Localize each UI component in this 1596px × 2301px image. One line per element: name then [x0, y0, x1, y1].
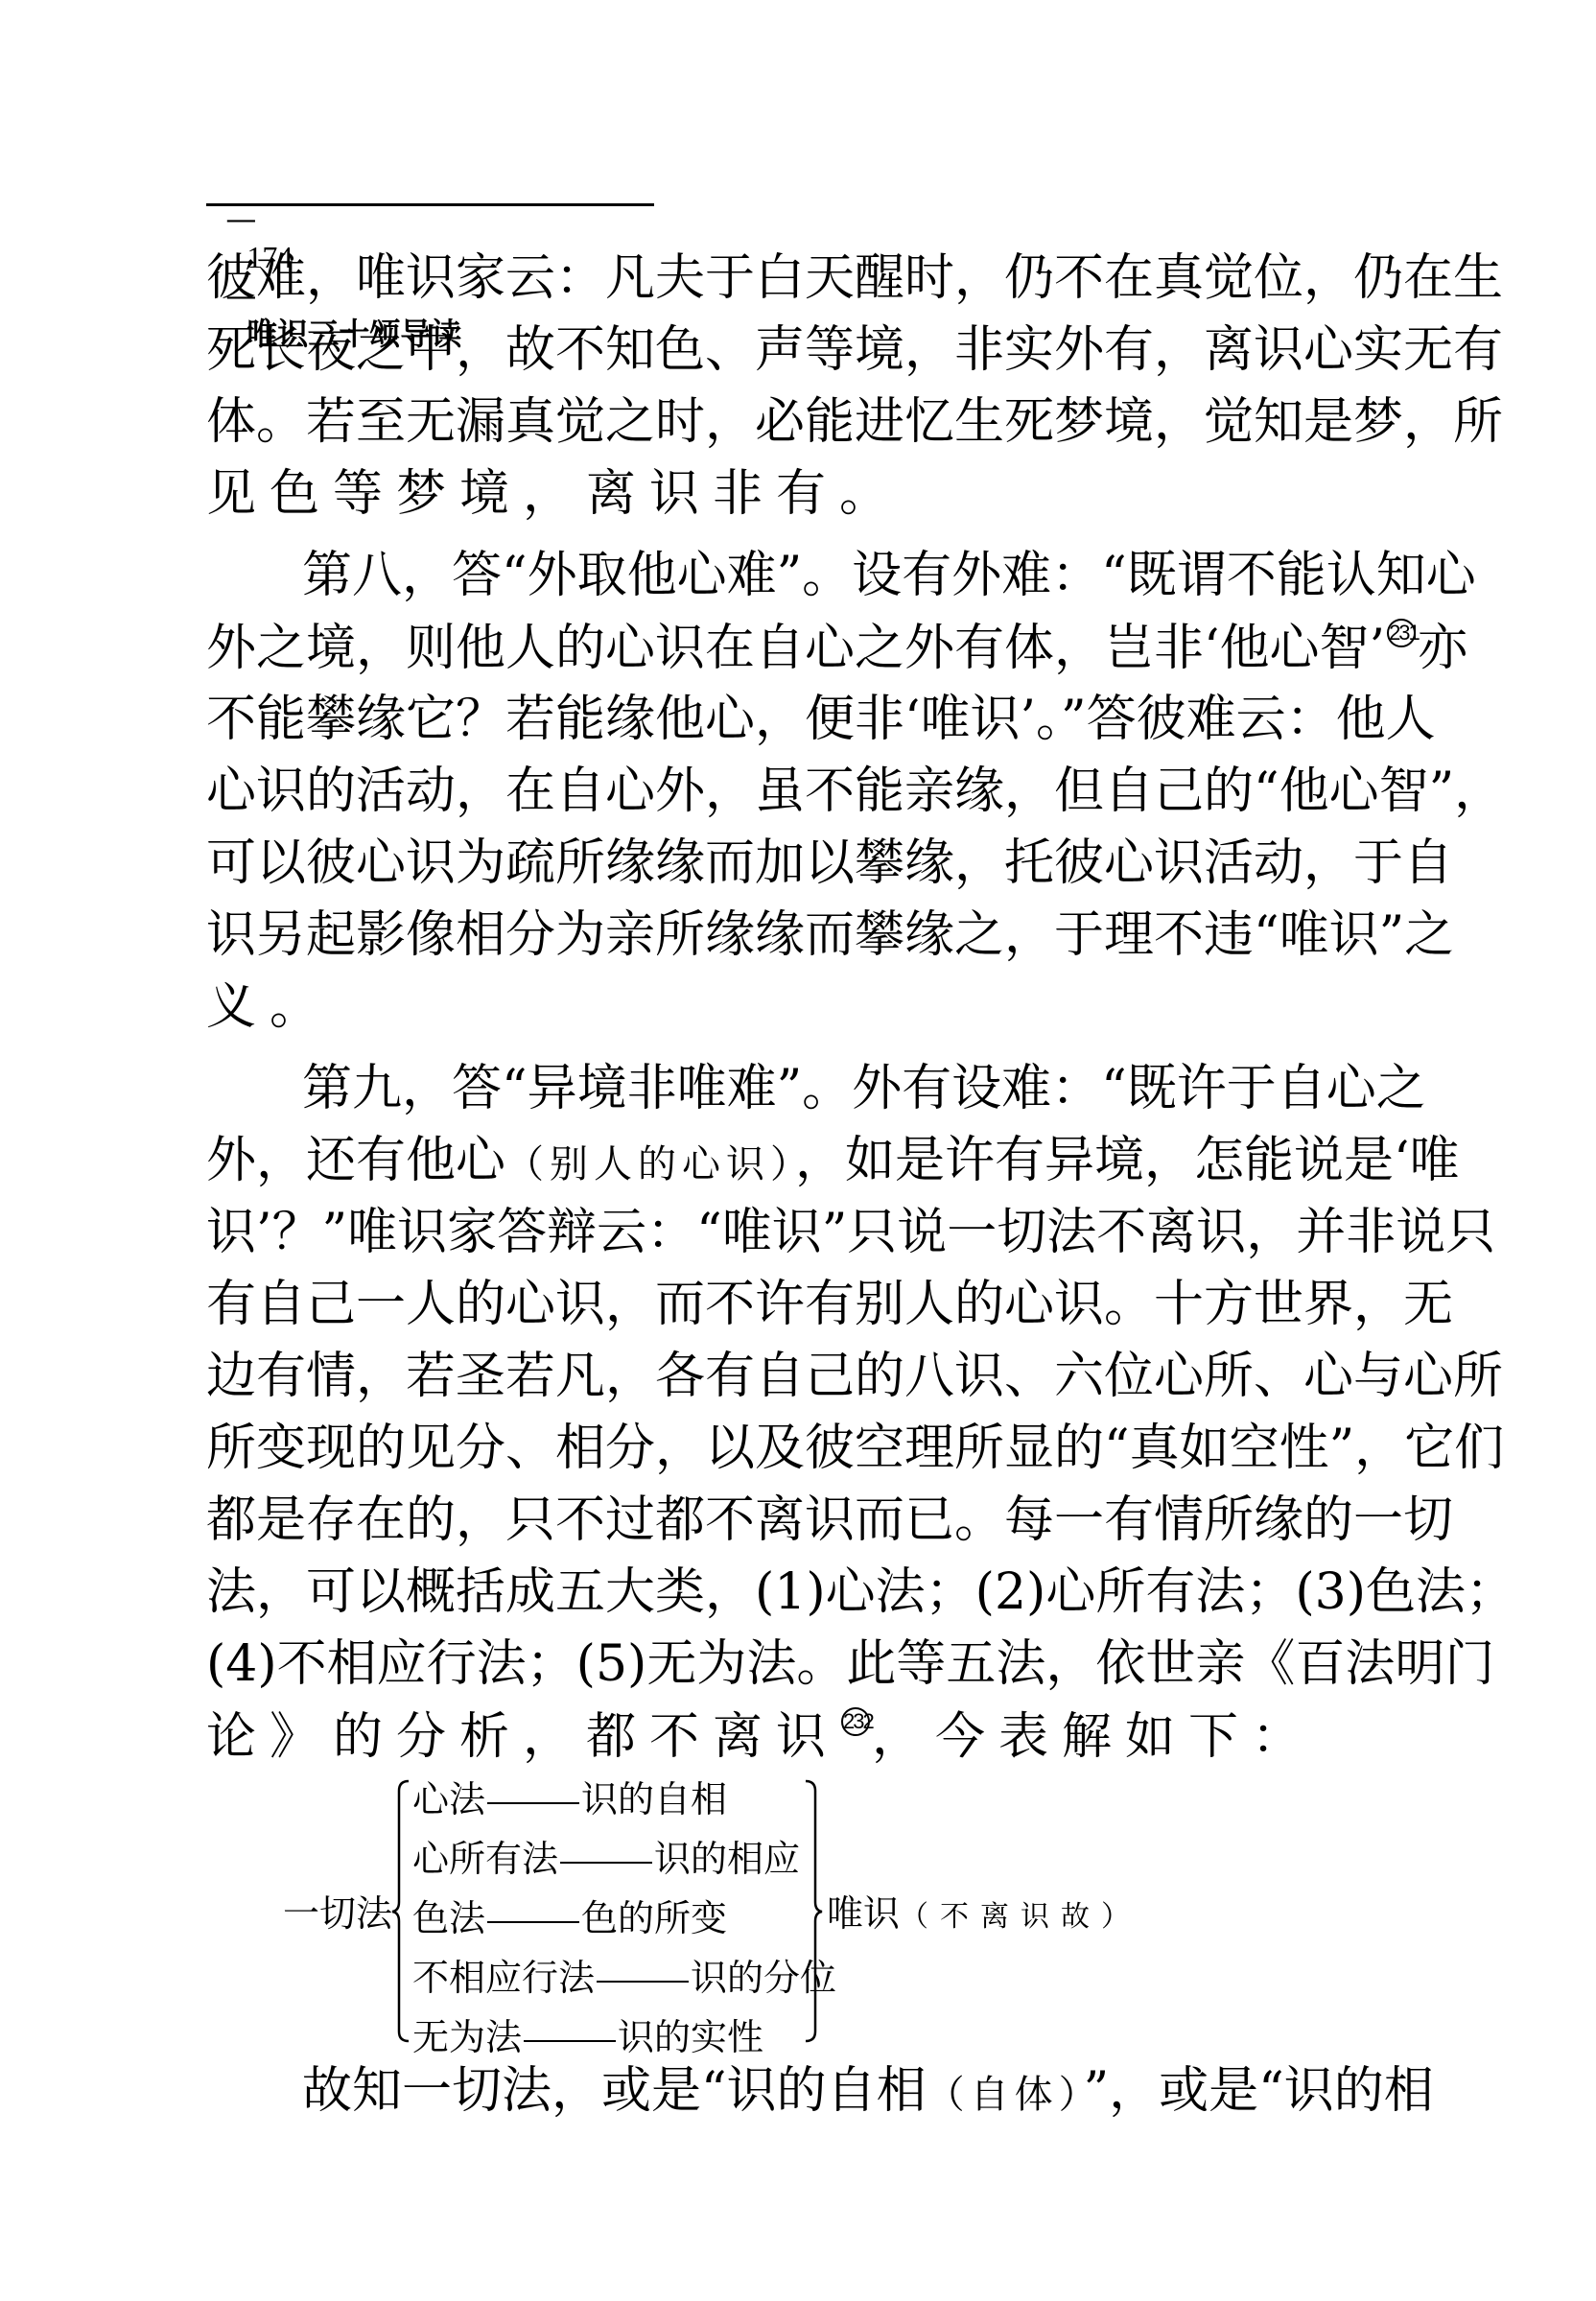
- diagram-root: 一切法: [283, 1891, 392, 1936]
- text-segment: 故知一切法，或是“识的自相: [302, 2062, 927, 2120]
- dharma-relation: 识的实性: [618, 2016, 763, 2058]
- dharma-category: 心法: [412, 1778, 485, 1820]
- diagram-items: 心法识的自相 心所有法识的相应 色法色的所变 不相应行法识的分位 无为法识的实性: [412, 1774, 836, 2072]
- parenthetical-note: （别人的心识）: [505, 1142, 795, 1186]
- text-line: 有自己一人的心识，而不许有别人的心识。十方世界，无: [206, 1276, 1381, 1333]
- result-note: （不离识故）: [900, 1900, 1141, 1934]
- footnote-marker-231[interactable]: 231: [1387, 619, 1416, 647]
- text-segment: 外，还有他心: [206, 1132, 505, 1189]
- text-segment: ”，或是“识的相: [1084, 2062, 1434, 2120]
- text-line: 识’？”唯识家答辩云：“唯识”只说一切法不离识，并非说只: [206, 1204, 1381, 1261]
- diagram-item: 心所有法识的相应: [412, 1834, 836, 1893]
- parenthetical-note: （自体）: [927, 2073, 1084, 2117]
- text-line: 死长夜之中，故不知色、声等境，非实外有，离识心实无有: [206, 321, 1381, 379]
- header-rule: [206, 203, 654, 206]
- footnote-marker-232[interactable]: 232: [841, 1707, 870, 1736]
- diagram-result: 唯识（不离识故）: [827, 1891, 1141, 1939]
- result-label: 唯识: [827, 1892, 900, 1935]
- text-line: 法，可以概括成五大类，(1)心法；(2)心所有法；(3)色法；: [206, 1563, 1381, 1621]
- dharma-relation: 识的相应: [654, 1838, 800, 1880]
- left-brace-icon: [391, 1779, 411, 2043]
- text-line: 第九，答“异境非唯难”。外有设难：“既许于自心之: [302, 1060, 1381, 1117]
- dash-connector: [524, 2040, 616, 2042]
- text-line: (4)不相应行法；(5)无为法。此等五法，依世亲《百法明门: [206, 1635, 1381, 1693]
- dash-connector: [560, 1862, 652, 1864]
- text-line: 第八，答“外取他心难”。设有外难：“既谓不能认知心: [302, 547, 1381, 604]
- text-line-with-footnote: 外之境，则他人的心识在自心之外有体，岂非‘他心智’231亦: [206, 619, 1381, 676]
- text-line: 边有情，若圣若凡，各有自己的八识、六位心所、心与心所: [206, 1348, 1381, 1405]
- text-line: 彼难，唯识家云：凡夫于白天醒时，仍不在真觉位，仍在生: [206, 249, 1381, 307]
- dash-connector: [597, 1981, 689, 1983]
- text-line-with-parenthetical: 故知一切法，或是“识的自相（自体）”，或是“识的相: [302, 2062, 1381, 2120]
- text-line-with-parenthetical: 外，还有他心（别人的心识），如是许有异境，怎能说是‘唯: [206, 1132, 1381, 1189]
- right-brace-icon: [804, 1779, 823, 2043]
- text-line: 可以彼心识为疏所缘缘而加以攀缘，托彼心识活动，于自: [206, 834, 1381, 892]
- dharma-relation: 识的自相: [581, 1778, 727, 1820]
- dash-connector: [487, 1802, 579, 1804]
- text-segment: ，今表解如下：: [872, 1708, 1315, 1766]
- text-line: 不能攀缘它？若能缘他心，便非‘唯识’。”答彼难云：他人: [206, 691, 1381, 748]
- dharma-category: 无为法: [412, 2016, 522, 2058]
- text-line: 体。若至无漏真觉之时，必能进忆生死梦境，觉知是梦，所: [206, 393, 1381, 451]
- diagram-item: 不相应行法识的分位: [412, 1953, 836, 2012]
- text-line: 见色等梦境，离识非有。: [206, 465, 1381, 523]
- five-dharmas-diagram: 一切法 心法识的自相 心所有法识的相应 色法色的所变 不相应行法识的分位 无为法…: [278, 1774, 1141, 2062]
- text-line: 所变现的见分、相分，以及彼空理所显的“真如空性”，它们: [206, 1420, 1381, 1477]
- diagram-item: 色法色的所变: [412, 1893, 836, 1953]
- dharma-category: 色法: [412, 1897, 485, 1939]
- text-segment: ，如是许有异境，怎能说是‘唯: [795, 1132, 1460, 1189]
- dharma-category: 不相应行法: [412, 1957, 595, 1999]
- text-line: 都是存在的，只不过都不离识而已。每一有情所缘的一切: [206, 1491, 1381, 1549]
- text-segment: 亦: [1418, 620, 1467, 677]
- text-line: 识另起影像相分为亲所缘缘而攀缘之，于理不违“唯识”之: [206, 906, 1381, 964]
- dharma-relation: 色的所变: [581, 1897, 727, 1939]
- dash-connector: [487, 1921, 579, 1923]
- text-line: 义。: [206, 978, 1381, 1036]
- text-line: 心识的活动，在自心外，虽不能亲缘，但自己的“他心智”，: [206, 763, 1381, 820]
- text-segment: 论》的分析，都不离识: [206, 1708, 839, 1766]
- text-line-with-footnote: 论》的分析，都不离识232，今表解如下：: [206, 1707, 1381, 1765]
- dharma-category: 心所有法: [412, 1838, 558, 1880]
- diagram-item: 心法识的自相: [412, 1774, 836, 1834]
- text-segment: 外之境，则他人的心识在自心之外有体，岂非‘他心智’: [206, 620, 1385, 677]
